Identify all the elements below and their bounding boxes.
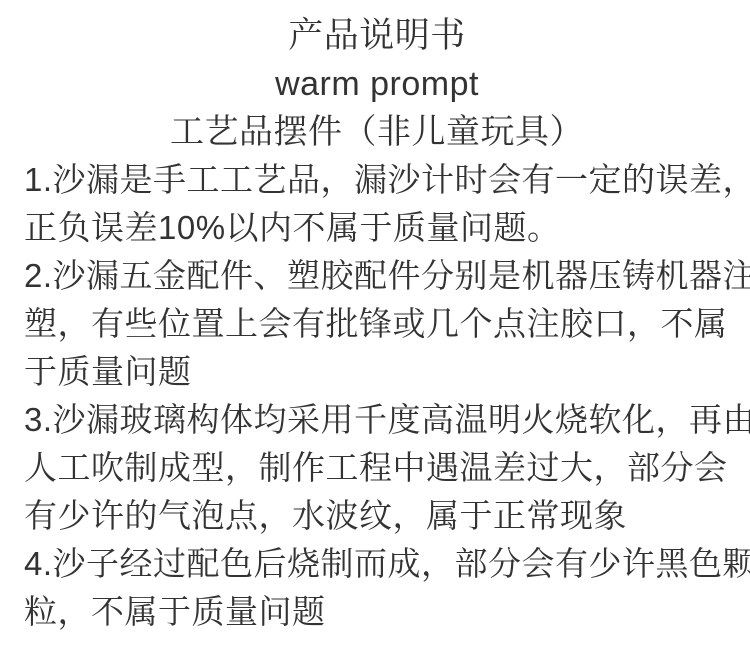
note-2-line-1: 2.沙漏五金配件、塑胶配件分别是机器压铸机器注 [24,252,730,300]
note-4-line-2: 粒，不属于质量问题 [24,588,730,636]
subtitle-warm-prompt: warm prompt [24,60,730,108]
note-1-line-2: 正负误差10%以内不属于质量问题。 [24,204,730,252]
note-2-line-3: 于质量问题 [24,348,730,396]
note-1-line-1: 1.沙漏是手工工艺品，漏沙计时会有一定的误差， [24,156,730,204]
note-3-line-2: 人工吹制成型，制作工程中遇温差过大，部分会 [24,444,730,492]
page-title: 产品说明书 [24,12,730,60]
note-2-line-2: 塑，有些位置上会有批锋或几个点注胶口，不属 [24,300,730,348]
note-4-line-1: 4.沙子经过配色后烧制而成，部分会有少许黑色颗 [24,540,730,588]
product-manual-document: 产品说明书 warm prompt 工艺品摆件（非儿童玩具） 1.沙漏是手工工艺… [0,0,750,636]
note-3-line-1: 3.沙漏玻璃构体均采用千度高温明火烧软化，再由 [24,396,730,444]
subtitle-product-type: 工艺品摆件（非儿童玩具） [24,108,730,156]
note-3-line-3: 有少许的气泡点，水波纹，属于正常现象 [24,492,730,540]
